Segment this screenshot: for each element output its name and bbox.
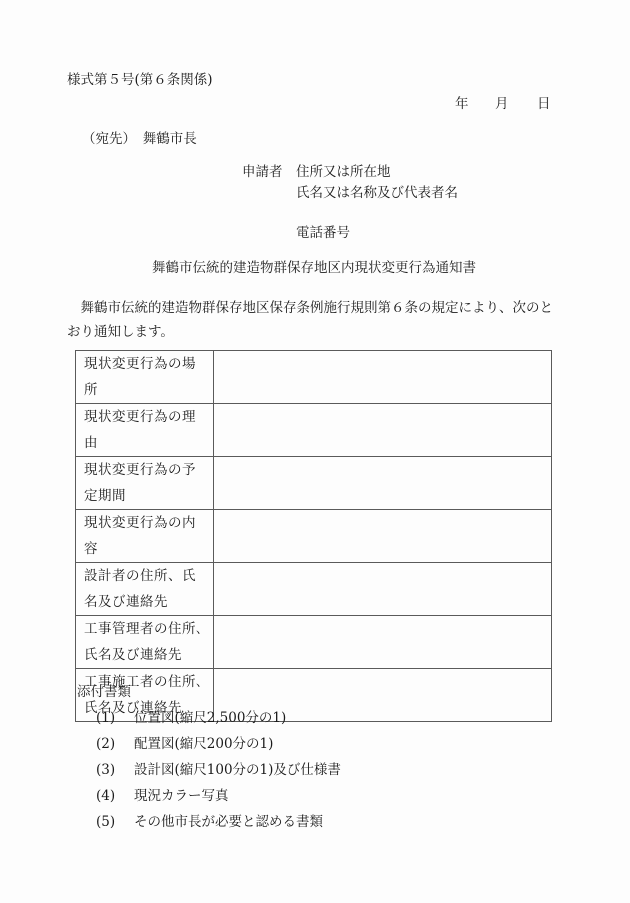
applicant-phone: 電話番号 [296, 227, 350, 241]
document-title: 舞鶴市伝統的建造物群保存地区内現状変更行為通知書 [152, 262, 476, 276]
row-label: 現状変更行為の理由 [76, 404, 214, 457]
row-label: 現状変更行為の内容 [76, 510, 214, 563]
attachment-text: 設計図(縮尺100分の1)及び仕様書 [134, 762, 341, 778]
table-row: 設計者の住所、氏名及び連絡先 [76, 563, 552, 616]
addressee: （宛先） 舞鶴市長 [82, 133, 197, 147]
attachment-number: (1) [96, 712, 134, 726]
date-month: 月 [495, 98, 509, 112]
attachment-item: (3)設計図(縮尺100分の1)及び仕様書 [96, 764, 341, 778]
attachment-item: (2)配置図(縮尺200分の1) [96, 738, 273, 752]
row-label: 工事管理者の住所､氏名及び連絡先 [76, 616, 214, 669]
row-value[interactable] [214, 616, 552, 669]
row-value[interactable] [214, 510, 552, 563]
notice-table: 現状変更行為の場所 現状変更行為の理由 現状変更行為の予定期間 現状変更行為の内… [75, 350, 552, 722]
attachment-number: (4) [96, 790, 134, 804]
row-label: 現状変更行為の予定期間 [76, 457, 214, 510]
row-value[interactable] [214, 351, 552, 404]
attachment-text: その他市長が必要と認める書類 [134, 814, 323, 830]
attachment-text: 位置図(縮尺2,500分の1) [134, 710, 286, 726]
form-number: 様式第５号(第６条関係) [67, 74, 213, 88]
row-label: 設計者の住所、氏名及び連絡先 [76, 563, 214, 616]
attachment-number: (5) [96, 816, 134, 830]
row-value[interactable] [214, 457, 552, 510]
date-year: 年 [455, 98, 469, 112]
table-row: 工事管理者の住所､氏名及び連絡先 [76, 616, 552, 669]
attachment-text: 配置図(縮尺200分の1) [134, 736, 273, 752]
table-row: 現状変更行為の理由 [76, 404, 552, 457]
attachment-text: 現況カラー写真 [134, 788, 229, 804]
attachment-item: (5)その他市長が必要と認める書類 [96, 816, 323, 830]
applicant-address: 住所又は所在地 [296, 166, 391, 180]
applicant-label: 申請者 [242, 166, 283, 180]
attachment-item: (4)現況カラー写真 [96, 790, 229, 804]
row-value[interactable] [214, 404, 552, 457]
attachment-number: (3) [96, 764, 134, 778]
row-value[interactable] [214, 563, 552, 616]
table-row: 現状変更行為の予定期間 [76, 457, 552, 510]
table-row: 現状変更行為の場所 [76, 351, 552, 404]
applicant-name: 氏名又は名称及び代表者名 [296, 187, 458, 201]
row-label: 現状変更行為の場所 [76, 351, 214, 404]
table-row: 現状変更行為の内容 [76, 510, 552, 563]
date-day: 日 [537, 98, 551, 112]
body-text: 舞鶴市伝統的建造物群保存地区保存条例施行規則第６条の規定により、次のとおり通知し… [67, 296, 557, 344]
attachment-number: (2) [96, 738, 134, 752]
attachments-title: 添付書類 [77, 686, 131, 700]
attachment-item: (1)位置図(縮尺2,500分の1) [96, 712, 286, 726]
